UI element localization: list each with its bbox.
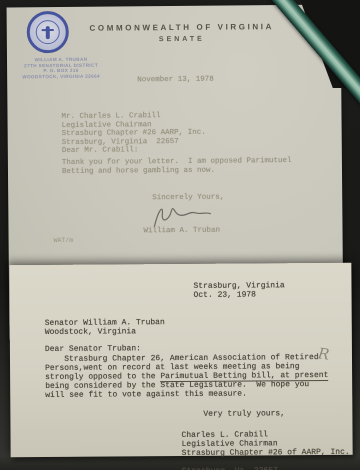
letter2-recipient-line: Woodstock, Virginia — [45, 327, 136, 337]
letter2-salutation: Dear Senator Truban: — [45, 344, 141, 354]
letter2-closing: Very truly yours, — [203, 409, 285, 419]
letter1-body-line: Betting and horse gambling as now. — [62, 166, 215, 176]
letter2-place: Strasburg, Virginia — [193, 281, 284, 291]
letter1-date: November 13, 1978 — [137, 76, 214, 85]
letterhead-title: COMMONWEALTH OF VIRGINIA — [77, 22, 287, 33]
letter2-recipient-line: Senator William A. Truban — [45, 318, 165, 328]
typist-initials: WAT/m — [54, 237, 74, 246]
letter-crabill: Strasburg, Virginia Oct. 23, 1978 Senato… — [9, 263, 352, 457]
photo-of-letters: COMMONWEALTH OF VIRGINIA SENATE WILLIAM … — [0, 0, 360, 470]
letter2-signature-line: Strasburg, Va. 22657 — [182, 466, 278, 470]
letterhead-subtitle: SENATE — [77, 35, 287, 44]
letter2-date: Oct. 23, 1978 — [194, 290, 256, 299]
handwritten-signature-bill — [148, 202, 218, 233]
handwritten-annotation-mark: R — [317, 344, 331, 363]
sender-city: WOODSTOCK, VIRGINIA 22664 — [7, 73, 115, 80]
seal-figure-glyph — [46, 26, 50, 39]
seal-inner-ring — [36, 20, 60, 44]
letter1-salutation: Dear Mr. Crabill: — [62, 146, 139, 155]
letter2-body-line: will see fit to vote against this measur… — [45, 390, 247, 400]
letterhead-sender-block: WILLIAM A. TRUBAN 27TH SENATORIAL DISTRI… — [7, 57, 115, 80]
letter2-signature-line: Strasburg Chapter #26 of AARP, Inc. — [182, 448, 350, 458]
virginia-seal-icon — [27, 11, 69, 53]
